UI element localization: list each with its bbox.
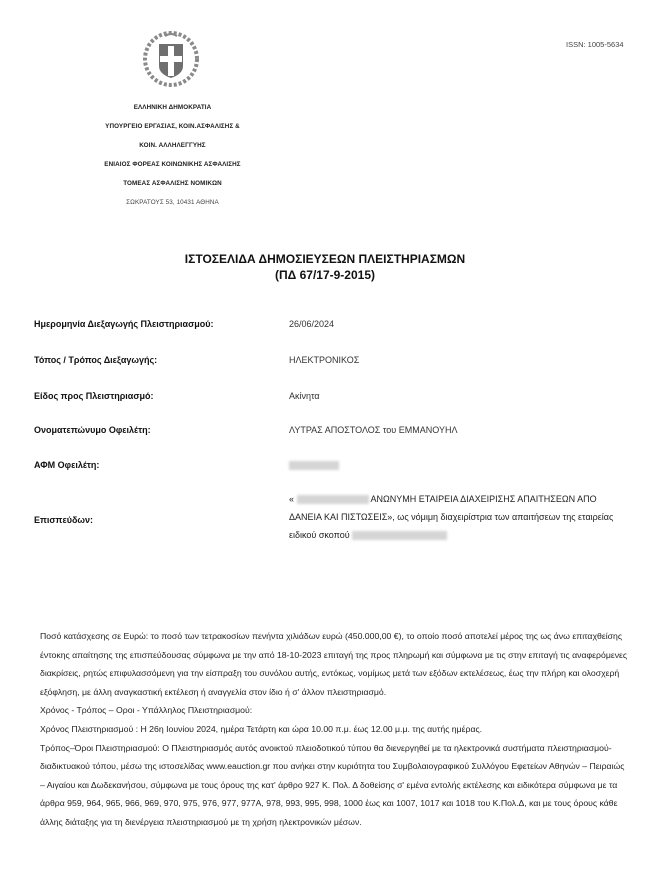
- field-value-asset-type: Ακίνητα: [289, 391, 320, 401]
- field-label-asset-type: Είδος προς Πλειστηριασμό:: [34, 391, 153, 401]
- header-line: ΚΟΙΝ. ΑΛΛΗΛΕΓΓΥΗΣ: [60, 136, 285, 155]
- auction-time-paragraph: Χρόνος Πλειστηριασμού : Η 26η Ιουνίου 20…: [40, 720, 630, 739]
- field-label-venue: Τόπος / Τρόπος Διεξαγωγής:: [34, 355, 157, 365]
- title-line-2: (ΠΔ 67/17-9-2015): [0, 267, 650, 283]
- field-label-auction-date: Ημερομηνία Διεξαγωγής Πλειστηριασμού:: [34, 319, 213, 329]
- header-line: ΥΠΟΥΡΓΕΙΟ ΕΡΓΑΣΙΑΣ, ΚΟΙΝ.ΑΣΦΑΛΙΣΗΣ &: [60, 117, 285, 136]
- auction-details: Ποσό κατάσχεσης σε Ευρώ: το ποσό των τετ…: [40, 627, 630, 832]
- field-label-debtor-tax-id: ΑΦΜ Οφειλέτη:: [34, 460, 99, 470]
- open-quote: «: [289, 494, 294, 504]
- seizure-amount-paragraph: Ποσό κατάσχεσης σε Ευρώ: το ποσό των τετ…: [40, 627, 630, 701]
- header-line: ΕΛΛΗΝΙΚΗ ΔΗΜΟΚΡΑΤΙΑ: [60, 98, 285, 117]
- page-title: ΙΣΤΟΣΕΛΙΔΑ ΔΗΜΟΣΙΕΥΣΕΩΝ ΠΛΕΙΣΤΗΡΙΑΣΜΩΝ (…: [0, 251, 650, 283]
- field-label-petitioner: Επισπεύδων:: [34, 515, 93, 525]
- issuer-header: ΕΛΛΗΝΙΚΗ ΔΗΜΟΚΡΑΤΙΑ ΥΠΟΥΡΓΕΙΟ ΕΡΓΑΣΙΑΣ, …: [60, 98, 285, 212]
- redacted-spv-name: [352, 531, 447, 540]
- header-line: ΕΝΙΑΙΟΣ ΦΟΡΕΑΣ ΚΟΙΝΩΝΙΚΗΣ ΑΣΦΑΛΙΣΗΣ: [60, 155, 285, 174]
- issn-number: ISSN: 1005-5634: [566, 40, 624, 49]
- redacted-tax-id: [289, 461, 339, 470]
- field-value-auction-date: 26/06/2024: [289, 319, 334, 329]
- greek-coat-of-arms-icon: [141, 28, 201, 88]
- field-label-debtor-name: Ονοματεπώνυμο Οφειλέτη:: [34, 425, 151, 435]
- field-value-petitioner: « ΑΝΩΝΥΜΗ ΕΤΑΙΡΕΙΑ ΔΙΑΧΕΙΡΙΣΗΣ ΑΠΑΙΤΗΣΕΩ…: [289, 490, 619, 544]
- field-value-debtor-tax-id: [289, 460, 339, 470]
- redacted-company-name: [297, 495, 369, 504]
- title-line-1: ΙΣΤΟΣΕΛΙΔΑ ΔΗΜΟΣΙΕΥΣΕΩΝ ΠΛΕΙΣΤΗΡΙΑΣΜΩΝ: [0, 251, 650, 267]
- field-value-debtor-name: ΛΥΤΡΑΣ ΑΠΟΣΤΟΛΟΣ του ΕΜΜΑΝΟΥΗΛ: [289, 425, 457, 435]
- time-method-heading: Χρόνος - Τρόπος – Οροι - Υπάλληλος Πλεισ…: [40, 701, 630, 720]
- issuer-address: ΣΩΚΡΑΤΟΥΣ 53, 10431 ΑΘΗΝΑ: [60, 193, 285, 212]
- field-value-venue: ΗΛΕΚΤΡΟΝΙΚΟΣ: [289, 355, 359, 365]
- auction-method-paragraph: Τρόπος–Όροι Πλειστηριασμού: Ο Πλειστηρια…: [40, 739, 630, 832]
- header-line: ΤΟΜΕΑΣ ΑΣΦΑΛΙΣΗΣ ΝΟΜΙΚΩΝ: [60, 174, 285, 193]
